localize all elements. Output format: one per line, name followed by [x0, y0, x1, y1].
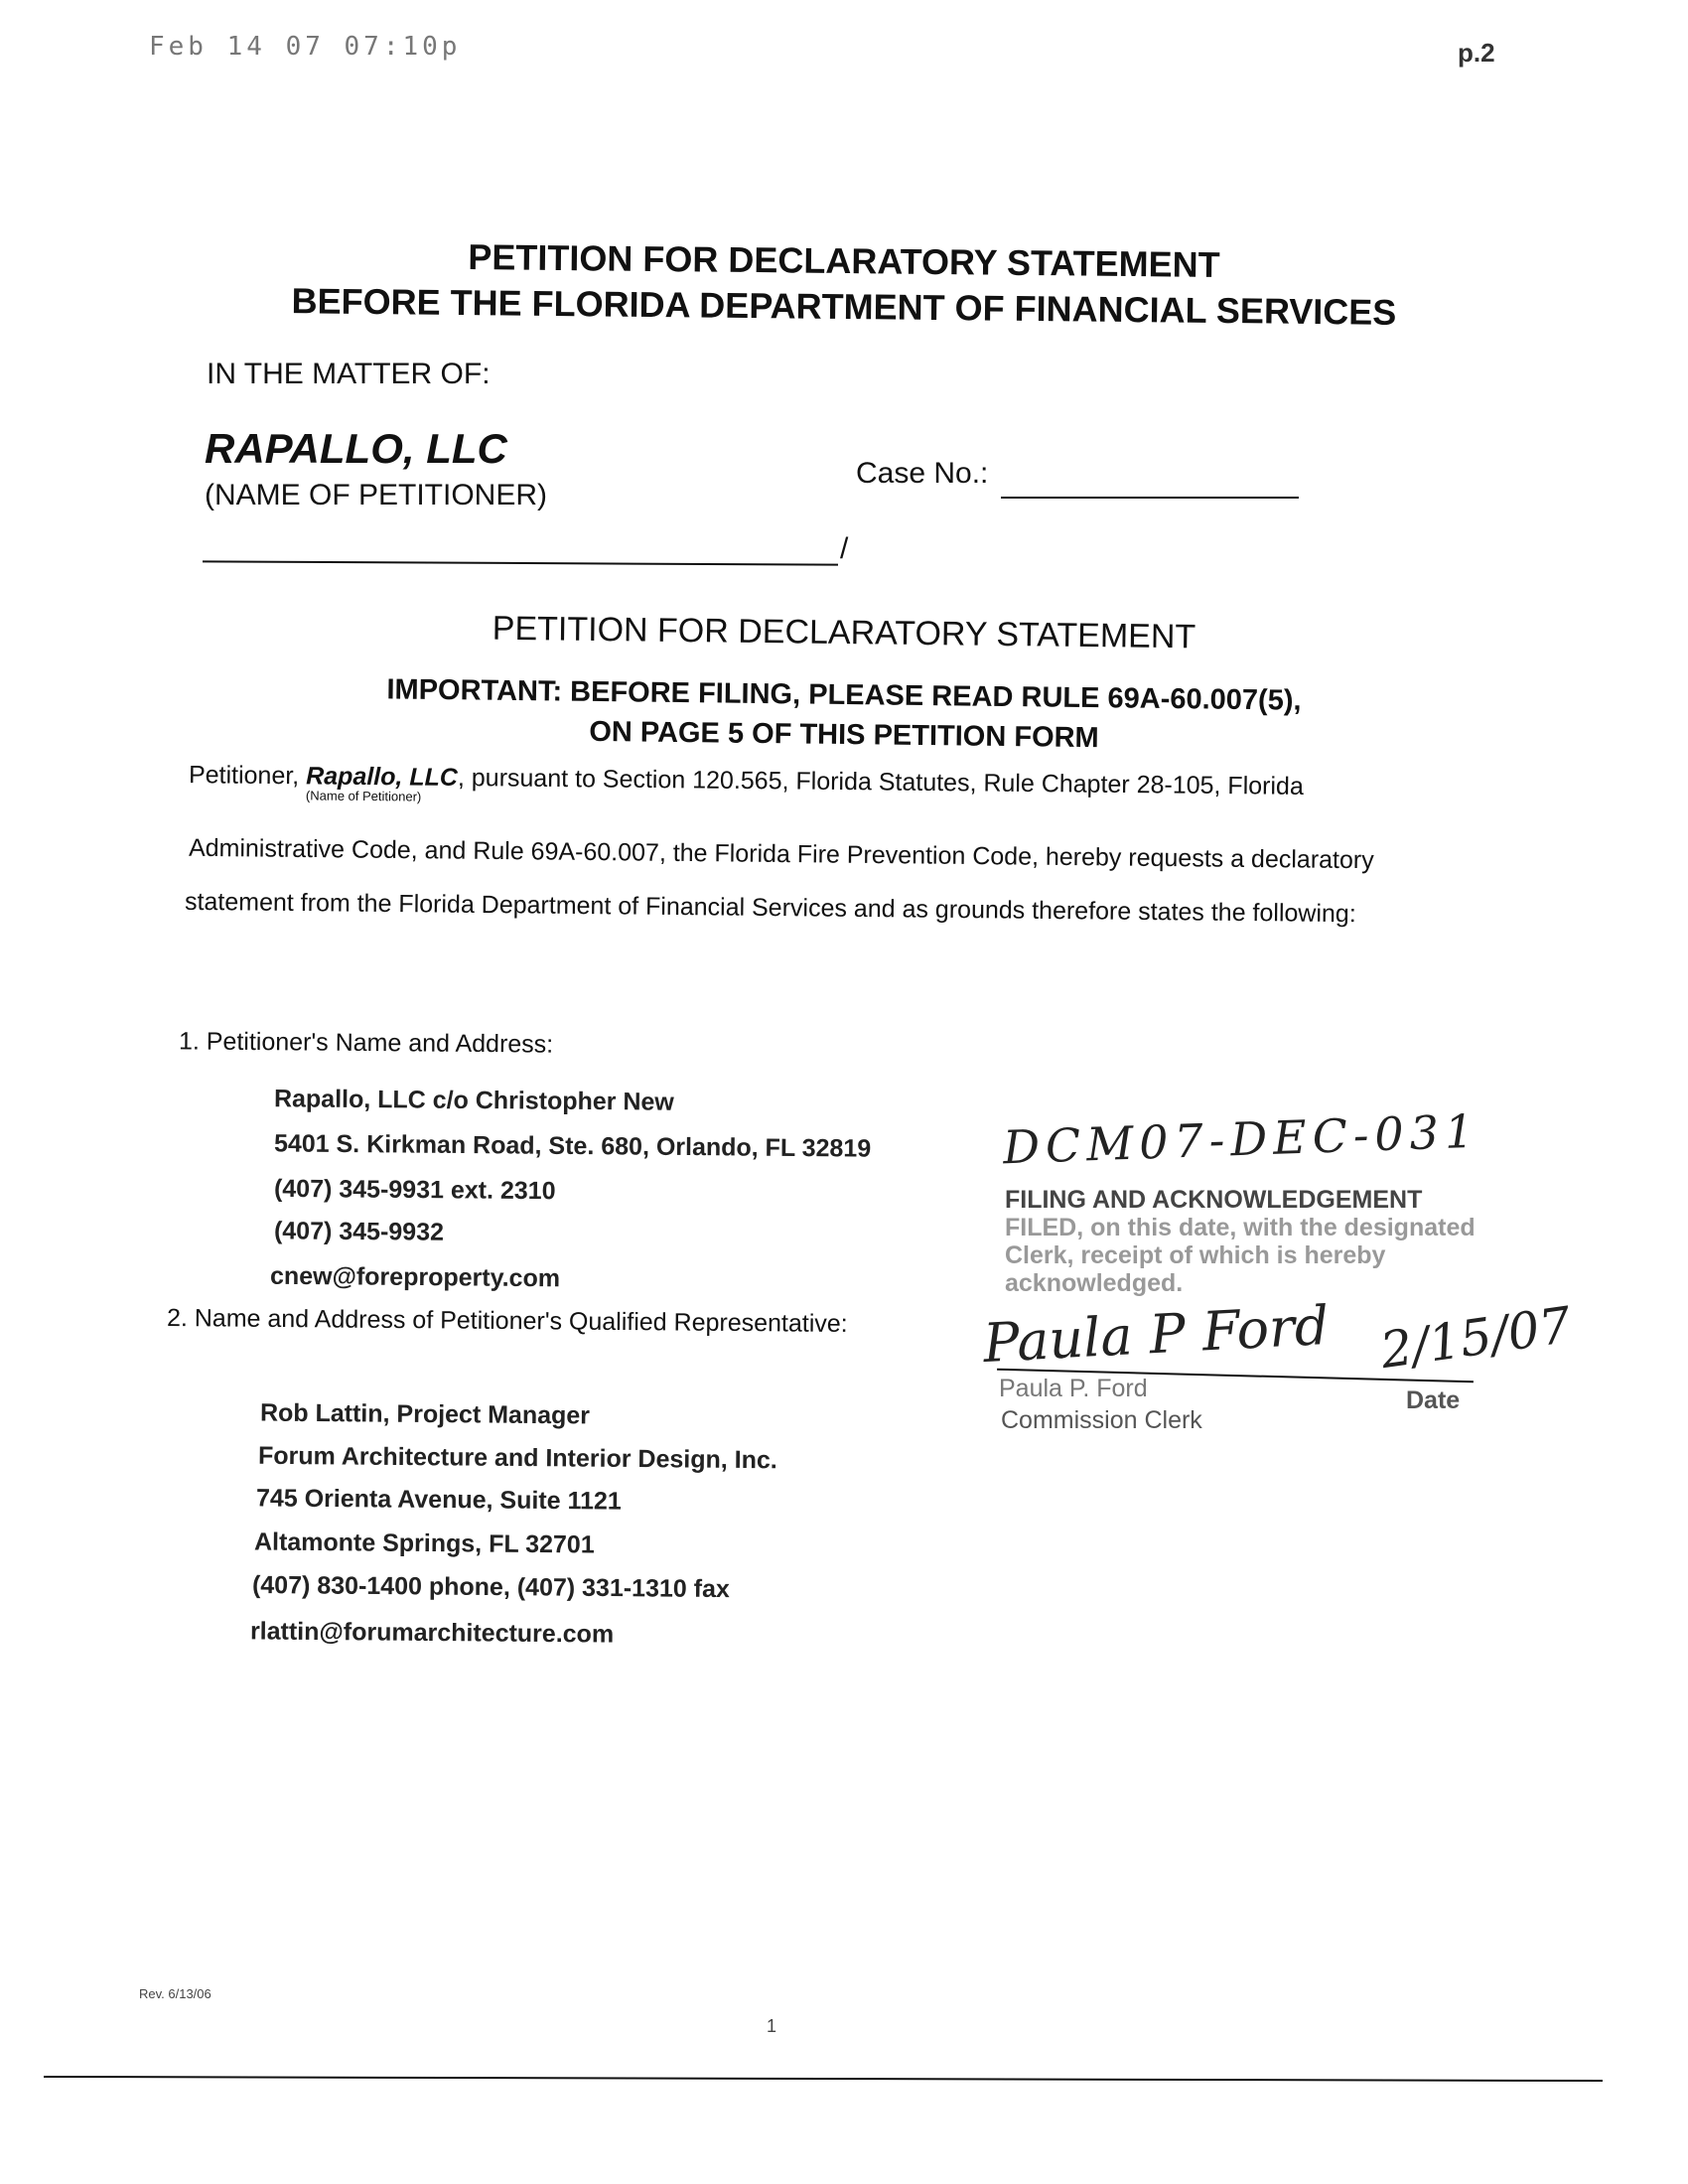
intro-prefix: Petitioner, [189, 761, 299, 790]
petition-subtitle: PETITION FOR DECLARATORY STATEMENT [0, 604, 1688, 663]
page-number: 1 [767, 2016, 776, 2037]
section1-line: Rapallo, LLC c/o Christopher New [274, 1085, 674, 1117]
clerk-signature: Paula P Ford [982, 1294, 1331, 1375]
caption-slash: / [840, 532, 848, 566]
intro-line1-rest: , pursuant to Section 120.565, Florida S… [458, 764, 1304, 801]
revision-date: Rev. 6/13/06 [139, 1986, 211, 2001]
fax-timestamp: Feb 14 07 07:10p [149, 32, 461, 62]
handwritten-case-number: DCM07-DEC-031 [1002, 1104, 1480, 1175]
section2-line: 745 Orienta Avenue, Suite 1121 [256, 1484, 622, 1516]
stamp-line: Clerk, receipt of which is hereby [1005, 1241, 1385, 1270]
section2-line: Forum Architecture and Interior Design, … [258, 1442, 777, 1476]
section1-line: (407) 345-9932 [274, 1217, 444, 1246]
case-number-label: Case No.: [856, 457, 988, 491]
petitioner-name-caption: (NAME OF PETITIONER) [205, 479, 547, 512]
section2-line: (407) 830-1400 phone, (407) 331-1310 fax [252, 1571, 730, 1604]
stamp-line: FILING AND ACKNOWLEDGEMENT [1005, 1186, 1422, 1215]
stamp-line: acknowledged. [1005, 1269, 1183, 1298]
section1-email: cnew@foreproperty.com [270, 1262, 560, 1294]
stamp-line: FILED, on this date, with the designated [1005, 1214, 1476, 1242]
intro-name-caption: (Name of Petitioner) [306, 788, 421, 803]
signer-name: Paula P. Ford [999, 1375, 1148, 1403]
intro-line2: Administrative Code, and Rule 69A-60.007… [189, 834, 1374, 875]
date-label: Date [1406, 1386, 1460, 1415]
section1-line: 5401 S. Kirkman Road, Ste. 680, Orlando,… [274, 1129, 871, 1163]
intro-line1: Petitioner, Rapallo, LLC (Name of Petiti… [189, 761, 1304, 801]
section1-heading: 1. Petitioner's Name and Address: [179, 1027, 553, 1059]
fax-page-number: p.2 [1458, 38, 1495, 69]
petitioner-name: RAPALLO, LLC [205, 425, 507, 473]
section2-line: Rob Lattin, Project Manager [260, 1399, 590, 1431]
intro-petitioner-name: Rapallo, LLC [306, 762, 458, 792]
caption-rule [203, 560, 838, 565]
footer-rule [44, 2076, 1603, 2082]
intro-line3: statement from the Florida Department of… [185, 888, 1356, 929]
section2-heading: 2. Name and Address of Petitioner's Qual… [167, 1304, 848, 1339]
handwritten-date: 2/15/07 [1377, 1296, 1575, 1380]
signer-title: Commission Clerk [1001, 1406, 1202, 1435]
section1-line: (407) 345-9931 ext. 2310 [274, 1175, 556, 1206]
matter-label: IN THE MATTER OF: [207, 358, 491, 391]
section2-line: Altamonte Springs, FL 32701 [254, 1529, 595, 1560]
case-number-field[interactable] [1001, 497, 1299, 499]
section2-email: rlattin@forumarchitecture.com [250, 1617, 614, 1649]
